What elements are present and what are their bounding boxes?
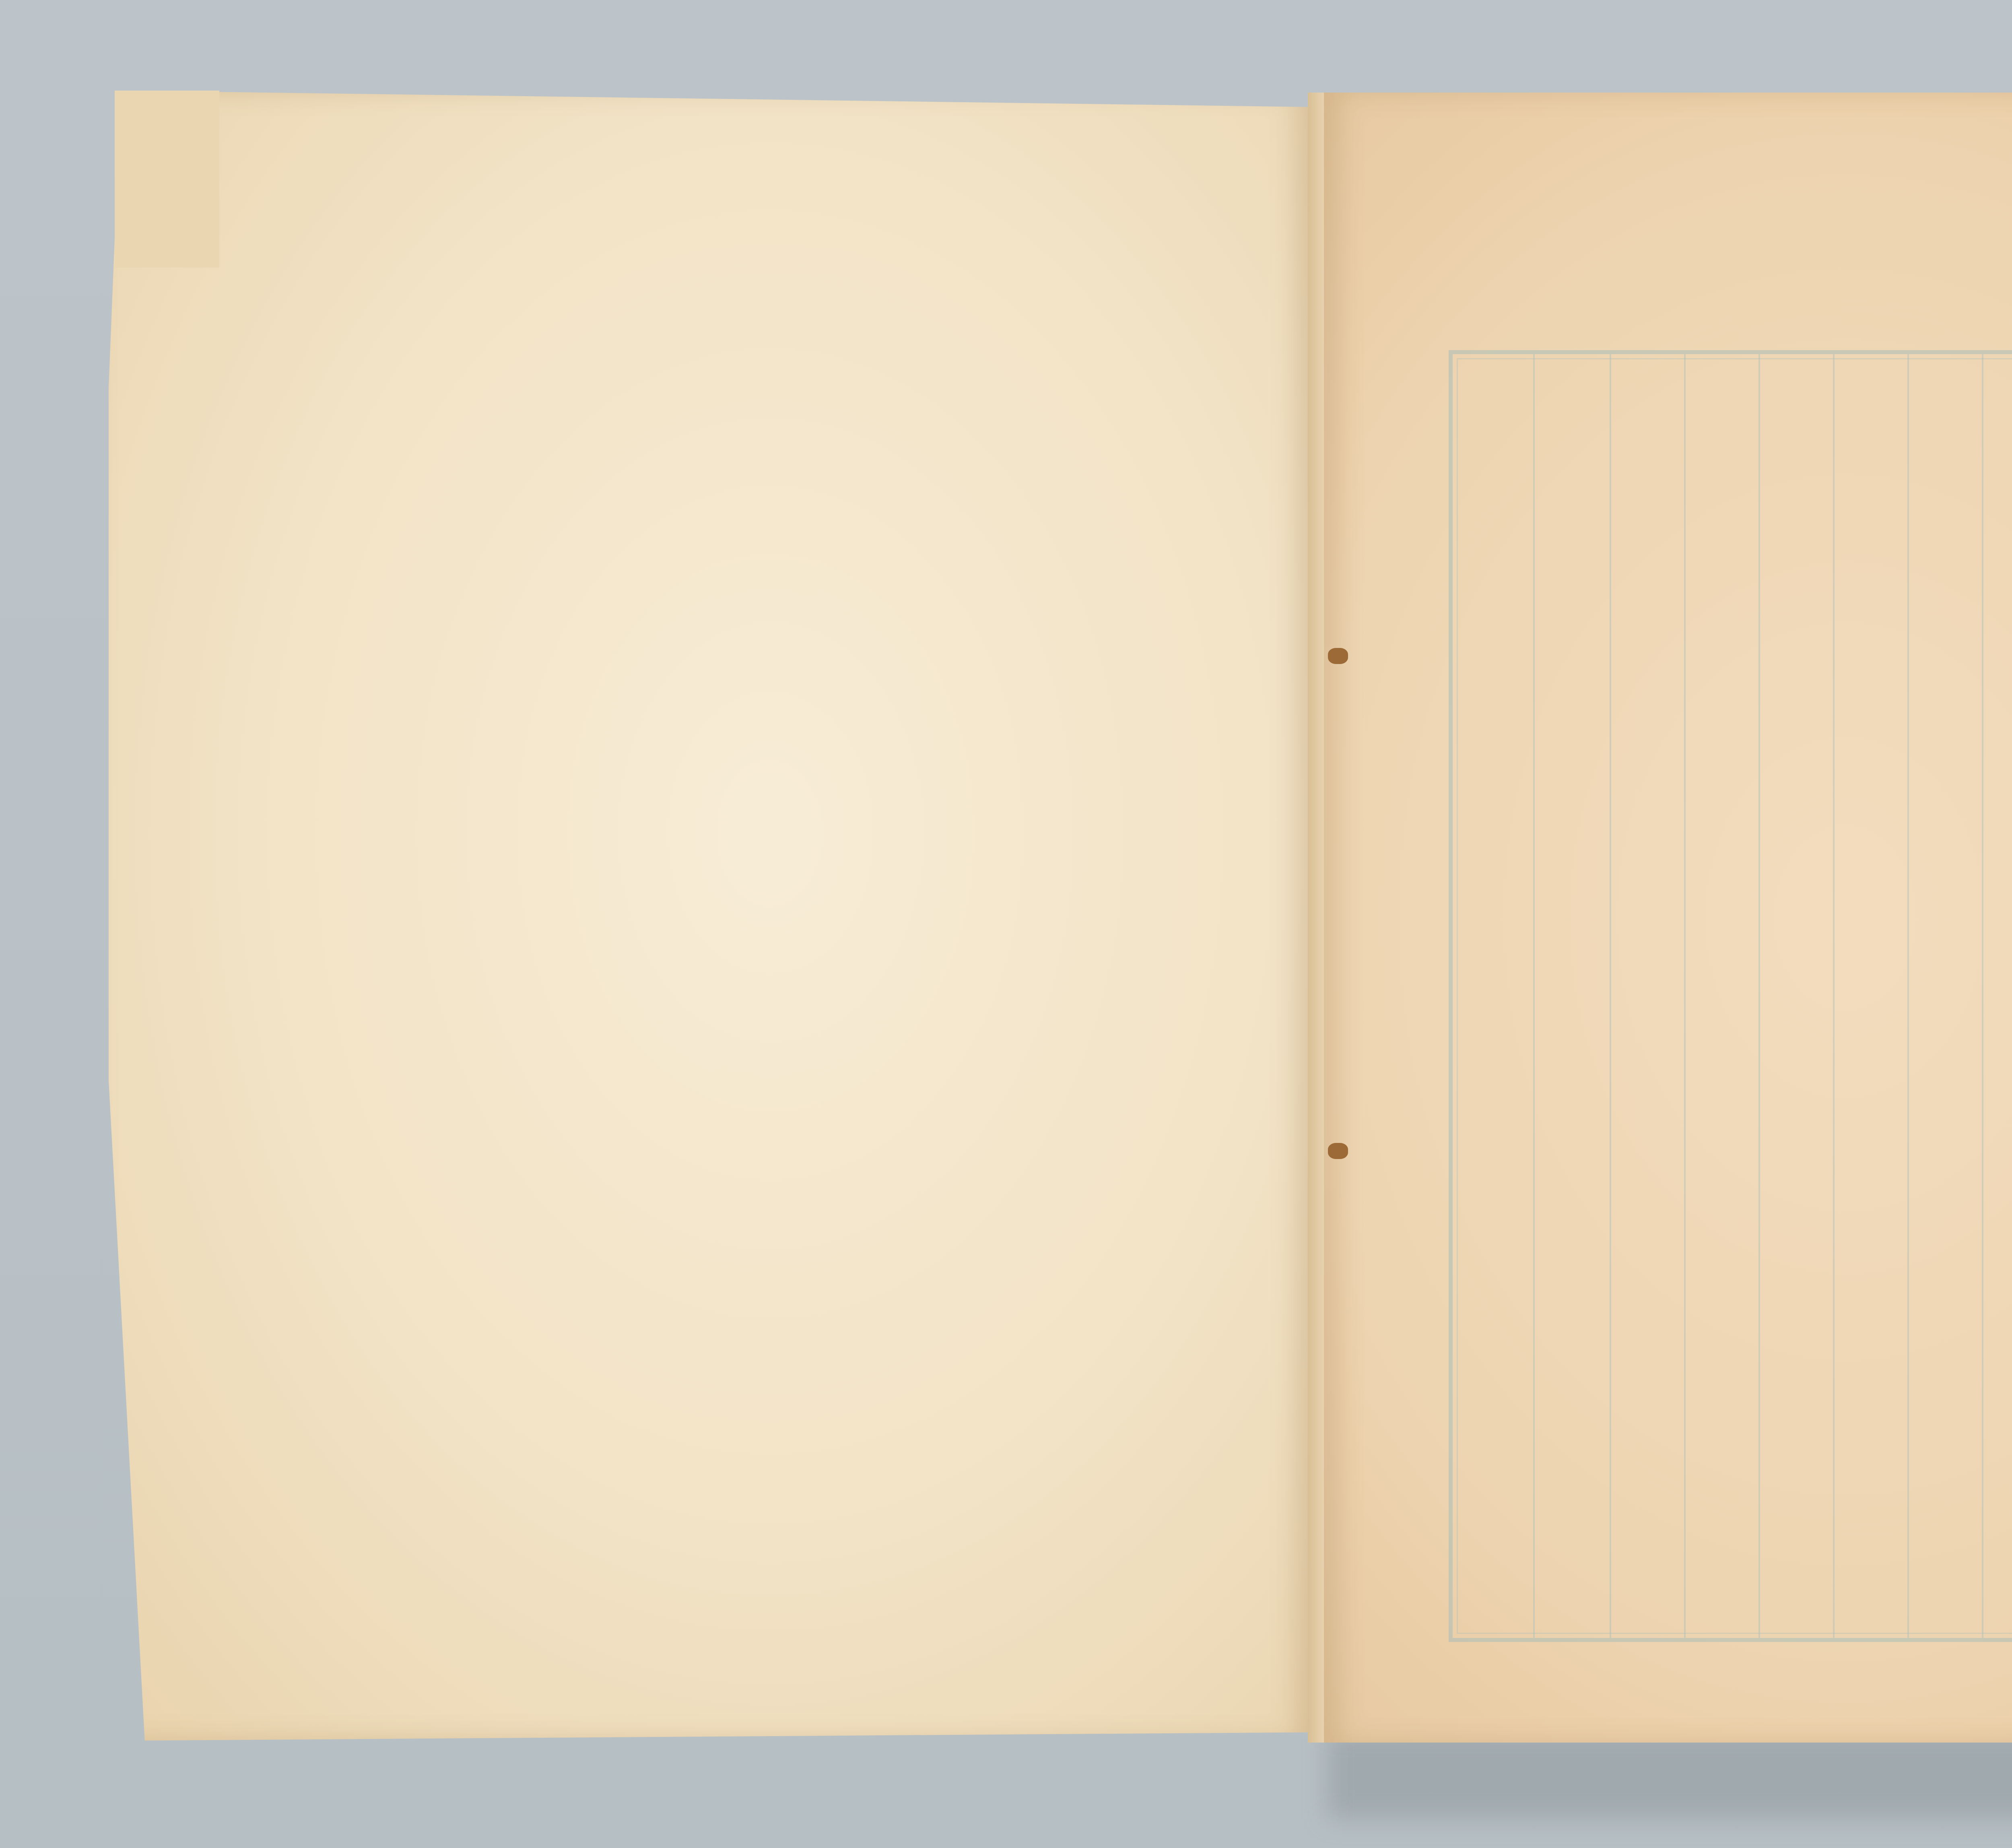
column-line — [1907, 354, 1909, 1638]
binding-hole — [1328, 1143, 1348, 1159]
column-line — [1758, 354, 1760, 1638]
column-line — [1982, 354, 1983, 1638]
column-line — [1533, 354, 1535, 1638]
binding-hole — [1328, 648, 1348, 664]
column-line — [1684, 354, 1686, 1638]
book-shadow — [1328, 1730, 2012, 1819]
ruled-grid — [1449, 350, 2012, 1642]
ruled-grid-inner — [1457, 358, 2012, 1634]
left-page — [109, 91, 1312, 1741]
column-line — [1833, 354, 1835, 1638]
column-line — [1610, 354, 1611, 1638]
left-page-folded-corner — [115, 91, 219, 268]
